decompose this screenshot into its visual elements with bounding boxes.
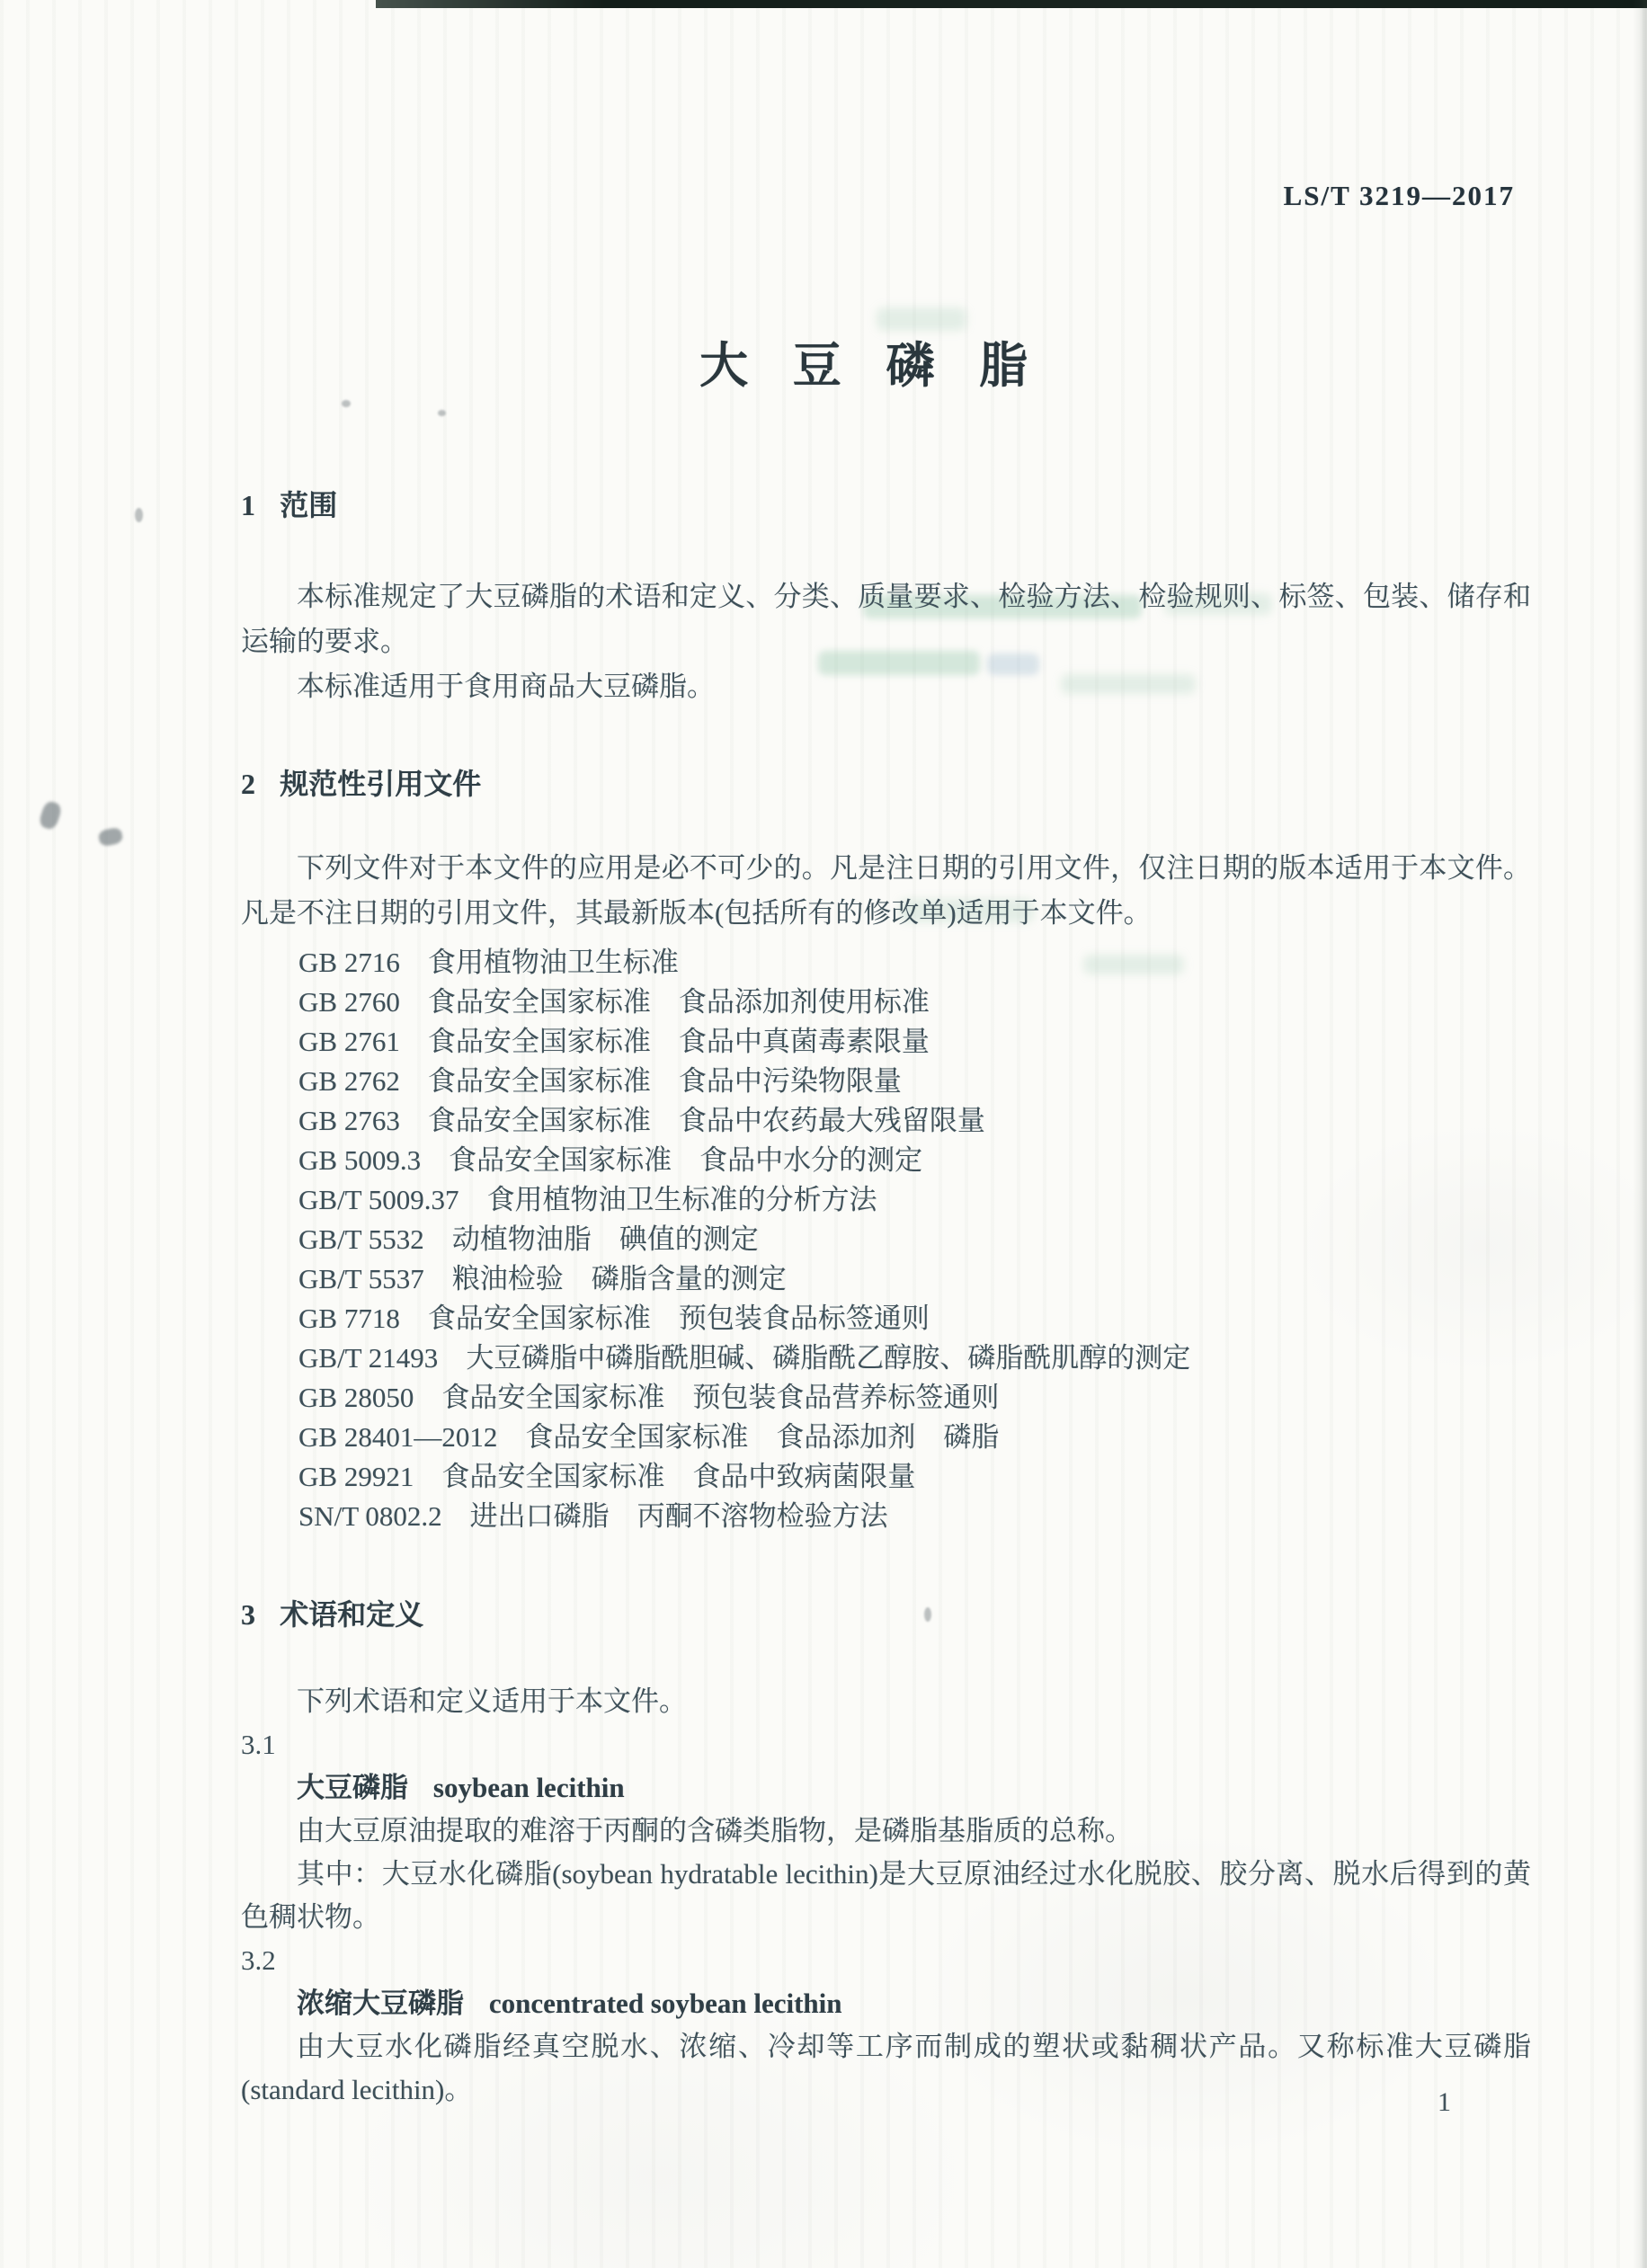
reference-code: GB/T 21493 [298, 1342, 438, 1374]
reference-item: GB 2760食品安全国家标准 食品添加剂使用标准 [298, 983, 1531, 1022]
reference-item: GB/T 5009.37食用植物油卫生标准的分析方法 [298, 1180, 1531, 1220]
reference-code: GB 28401—2012 [298, 1421, 497, 1453]
reference-item: GB 29921食品安全国家标准 食品中致病菌限量 [298, 1457, 1531, 1497]
section-2-title: 规范性引用文件 [280, 767, 481, 801]
reference-item: GB 2761食品安全国家标准 食品中真菌毒素限量 [298, 1022, 1531, 1062]
document-title: 大豆磷脂 [241, 327, 1531, 396]
reference-code: GB 5009.3 [298, 1144, 421, 1176]
reference-item: GB 7718食品安全国家标准 预包装食品标签通则 [298, 1299, 1531, 1339]
term-3-2-definition: 由大豆水化磷脂经真空脱水、浓缩、冷却等工序而制成的塑状或黏稠状产品。又称标准大豆… [241, 2025, 1531, 2112]
reference-title: 食品安全国家标准 食品中致病菌限量 [441, 1461, 915, 1492]
term-3-1-line: 大豆磷脂soybean lecithin [241, 1766, 1531, 1810]
section-1-number: 1 [241, 489, 255, 521]
reference-item: GB 28401—2012食品安全国家标准 食品添加剂 磷脂 [298, 1418, 1531, 1457]
term-3-1-number: 3.1 [241, 1723, 1531, 1766]
reference-code: GB 2760 [298, 986, 400, 1018]
reference-code: GB/T 5537 [298, 1263, 424, 1294]
section-2-heading: 2规范性引用文件 [241, 761, 1531, 803]
reference-title: 食品安全国家标准 食品添加剂使用标准 [428, 986, 930, 1018]
reference-item: GB 2763食品安全国家标准 食品中农药最大残留限量 [298, 1101, 1531, 1141]
scan-edge-right-shade [1633, 0, 1647, 2268]
reference-code: GB 2762 [298, 1065, 400, 1097]
normative-references-list: GB 2716食用植物油卫生标准 GB 2760食品安全国家标准 食品添加剂使用… [241, 943, 1531, 1536]
section-1-title: 范围 [280, 488, 337, 522]
page-content: LS/T 3219—2017 大豆磷脂 1范围 本标准规定了大豆磷脂的术语和定义… [241, 0, 1531, 2112]
reference-item: GB/T 21493大豆磷脂中磷脂酰胆碱、磷脂酰乙醇胺、磷脂酰肌醇的测定 [298, 1339, 1531, 1378]
scope-paragraph-1: 本标准规定了大豆磷脂的术语和定义、分类、质量要求、检验方法、检验规则、标签、包装… [241, 574, 1531, 664]
page-number: 1 [1438, 2087, 1451, 2118]
terms-intro: 下列术语和定义适用于本文件。 [241, 1680, 1531, 1723]
reference-code: SN/T 0802.2 [298, 1500, 442, 1532]
reference-code: GB/T 5532 [298, 1223, 424, 1255]
reference-title: 食品安全国家标准 食品中污染物限量 [428, 1065, 902, 1097]
reference-code: GB 2761 [298, 1026, 400, 1057]
reference-code: GB 2716 [298, 947, 400, 978]
term-3-1-definition: 由大豆原油提取的难溶于丙酮的含磷类脂物，是磷脂基脂质的总称。 [241, 1810, 1531, 1853]
reference-title: 动植物油脂 碘值的测定 [452, 1223, 759, 1255]
reference-item: GB/T 5532动植物油脂 碘值的测定 [298, 1220, 1531, 1259]
reference-title: 食用植物油卫生标准的分析方法 [487, 1184, 877, 1215]
reference-item: GB/T 5537粮油检验 磷脂含量的测定 [298, 1259, 1531, 1299]
scan-artifact [38, 800, 63, 832]
standard-number: LS/T 3219—2017 [241, 180, 1531, 212]
scope-paragraph-2: 本标准适用于食用商品大豆磷脂。 [241, 664, 1531, 709]
section-3-title: 术语和定义 [280, 1597, 423, 1632]
reference-title: 食品安全国家标准 食品添加剂 磷脂 [525, 1421, 999, 1453]
normative-references-intro: 下列文件对于本文件的应用是必不可少的。凡是注日期的引用文件，仅注日期的版本适用于… [241, 846, 1531, 936]
term-3-2-en: concentrated soybean lecithin [489, 1988, 842, 2019]
reference-code: GB 29921 [298, 1461, 414, 1492]
reference-item: SN/T 0802.2进出口磷脂 丙酮不溶物检验方法 [298, 1497, 1531, 1536]
reference-item: GB 28050食品安全国家标准 预包装食品营养标签通则 [298, 1378, 1531, 1418]
term-3-1-en: soybean lecithin [433, 1772, 625, 1803]
reference-title: 食品安全国家标准 食品中真菌毒素限量 [428, 1026, 930, 1057]
term-3-2-zh: 浓缩大豆磷脂 [297, 1988, 464, 2020]
reference-title: 食用植物油卫生标准 [428, 947, 679, 978]
reference-title: 大豆磷脂中磷脂酰胆碱、磷脂酰乙醇胺、磷脂酰肌醇的测定 [466, 1342, 1190, 1374]
reference-item: GB 2716食用植物油卫生标准 [298, 943, 1531, 983]
section-2-number: 2 [241, 768, 255, 800]
section-3-heading: 3术语和定义 [241, 1592, 1531, 1633]
section-1-heading: 1范围 [241, 483, 1531, 524]
section-3-number: 3 [241, 1598, 255, 1631]
term-3-2-number: 3.2 [241, 1939, 1531, 1982]
reference-title: 粮油检验 磷脂含量的测定 [452, 1263, 787, 1294]
term-3-1-zh: 大豆磷脂 [297, 1772, 408, 1804]
reference-title: 进出口磷脂 丙酮不溶物检验方法 [470, 1500, 888, 1532]
term-3-2-line: 浓缩大豆磷脂concentrated soybean lecithin [241, 1982, 1531, 2025]
reference-item: GB 2762食品安全国家标准 食品中污染物限量 [298, 1062, 1531, 1101]
reference-title: 食品安全国家标准 食品中农药最大残留限量 [428, 1105, 985, 1136]
reference-title: 食品安全国家标准 预包装食品营养标签通则 [441, 1382, 999, 1413]
reference-code: GB 7718 [298, 1303, 400, 1334]
reference-code: GB/T 5009.37 [298, 1184, 459, 1215]
reference-item: GB 5009.3食品安全国家标准 食品中水分的测定 [298, 1141, 1531, 1180]
scan-artifact [135, 508, 143, 522]
term-3-1-note: 其中：大豆水化磷脂(soybean hydratable lecithin)是大… [241, 1853, 1531, 1939]
reference-title: 食品安全国家标准 食品中水分的测定 [449, 1144, 922, 1176]
reference-title: 食品安全国家标准 预包装食品标签通则 [428, 1303, 930, 1334]
scanned-standard-page: { "page": { "standard_number": "LS/T 321… [0, 0, 1647, 2268]
scan-artifact [97, 826, 123, 847]
reference-code: GB 2763 [298, 1105, 400, 1136]
reference-code: GB 28050 [298, 1382, 414, 1413]
